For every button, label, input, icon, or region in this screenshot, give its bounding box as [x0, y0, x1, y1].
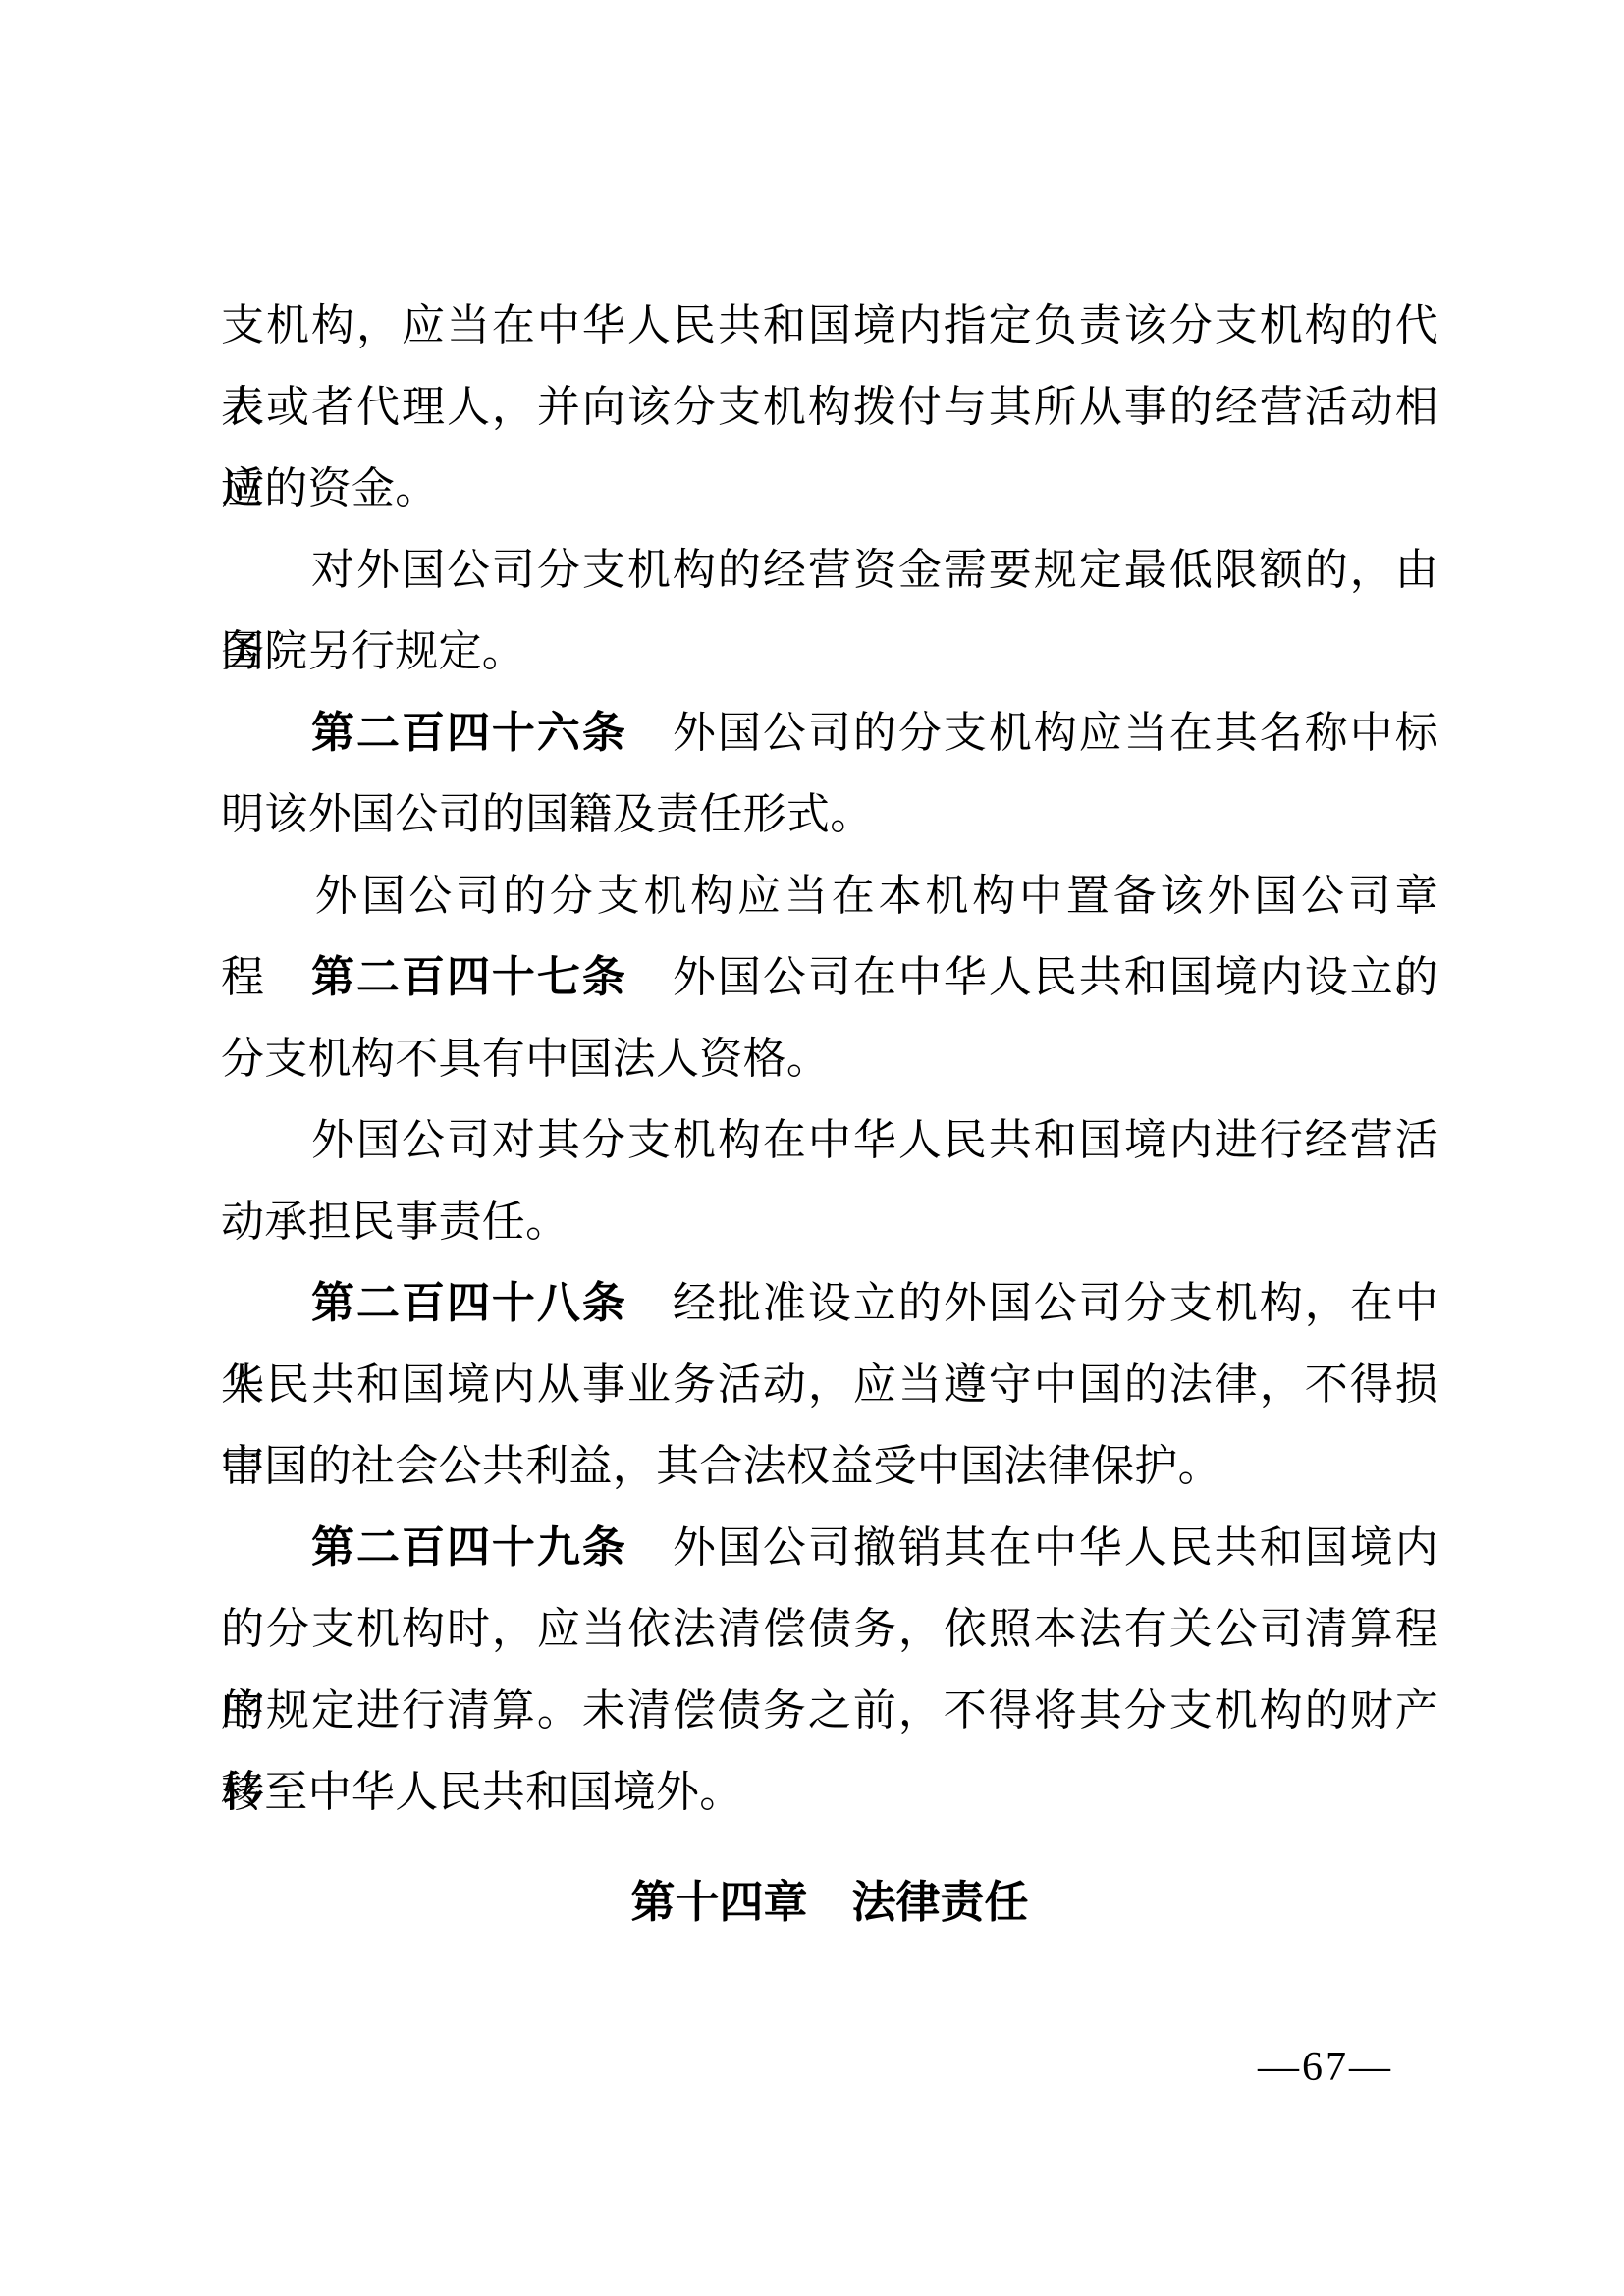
text-line: 应的资金。	[221, 448, 1438, 529]
text-line: 分支机构不具有中国法人资格。	[221, 1018, 1438, 1099]
article-number: 第二百四十六条	[221, 709, 627, 757]
text-line-content: 务院另行规定。	[221, 627, 525, 675]
page-number: —67—	[1218, 2044, 1434, 2091]
article-number: 第二百四十九条	[221, 1523, 627, 1572]
text-line: 务院另行规定。	[221, 611, 1438, 692]
text-line: 的规定进行清算。未清偿债务之前，不得将其分支机构的财产转	[221, 1670, 1438, 1751]
text-line: 第二百四十八条 经批准设立的外国公司分支机构，在中华	[221, 1262, 1438, 1344]
text-line: 明该外国公司的国籍及责任形式。	[221, 774, 1438, 855]
text-line: 的分支机构时，应当依法清偿债务，依照本法有关公司清算程序	[221, 1588, 1438, 1670]
text-line-content: 动承担民事责任。	[221, 1198, 568, 1246]
article-number: 第二百四十八条	[221, 1279, 627, 1327]
text-line-content: 中国的社会公共利益，其合法权益受中国法律保护。	[221, 1442, 1221, 1490]
text-line: 对外国公司分支机构的经营资金需要规定最低限额的，由国	[221, 529, 1438, 611]
text-line: 第二百四十七条 外国公司在中华人民共和国境内设立的	[221, 936, 1438, 1018]
text-line: 中国的社会公共利益，其合法权益受中国法律保护。	[221, 1425, 1438, 1507]
text-line-content: 外国公司撤销其在中华人民共和国境内	[627, 1523, 1438, 1572]
text-line: 移至中华人民共和国境外。	[221, 1751, 1438, 1833]
chapter-heading: 第十四章 法律责任	[221, 1861, 1438, 1943]
text-line-content: 明该外国公司的国籍及责任形式。	[221, 790, 874, 838]
document-page: 支机构，应当在中华人民共和国境内指定负责该分支机构的代表 人或者代理人，并向该分…	[0, 0, 1624, 2296]
text-line: 第二百四十九条 外国公司撤销其在中华人民共和国境内	[221, 1507, 1438, 1588]
text-line: 外国公司的分支机构应当在本机构中置备该外国公司章程。	[221, 855, 1438, 936]
text-line-content: 外国公司的分支机构应当在其名称中标	[627, 709, 1438, 757]
text-line-content: 应的资金。	[221, 464, 439, 512]
text-line: 外国公司对其分支机构在中华人民共和国境内进行经营活	[221, 1099, 1438, 1181]
article-number: 第二百四十七条	[221, 953, 627, 1001]
text-line: 人或者代理人，并向该分支机构拨付与其所从事的经营活动相适	[221, 366, 1438, 448]
text-line: 动承担民事责任。	[221, 1181, 1438, 1262]
text-line-content: 分支机构不具有中国法人资格。	[221, 1035, 830, 1083]
body-text-block: 支机构，应当在中华人民共和国境内指定负责该分支机构的代表 人或者代理人，并向该分…	[221, 285, 1438, 1833]
text-line: 人民共和国境内从事业务活动，应当遵守中国的法律，不得损害	[221, 1344, 1438, 1425]
text-line-content: 外国公司在中华人民共和国境内设立的	[627, 953, 1438, 1001]
text-line: 支机构，应当在中华人民共和国境内指定负责该分支机构的代表	[221, 285, 1438, 366]
text-line-content: 外国公司对其分支机构在中华人民共和国境内进行经营活	[221, 1116, 1438, 1164]
text-line: 第二百四十六条 外国公司的分支机构应当在其名称中标	[221, 692, 1438, 774]
text-line-content: 移至中华人民共和国境外。	[221, 1768, 743, 1816]
